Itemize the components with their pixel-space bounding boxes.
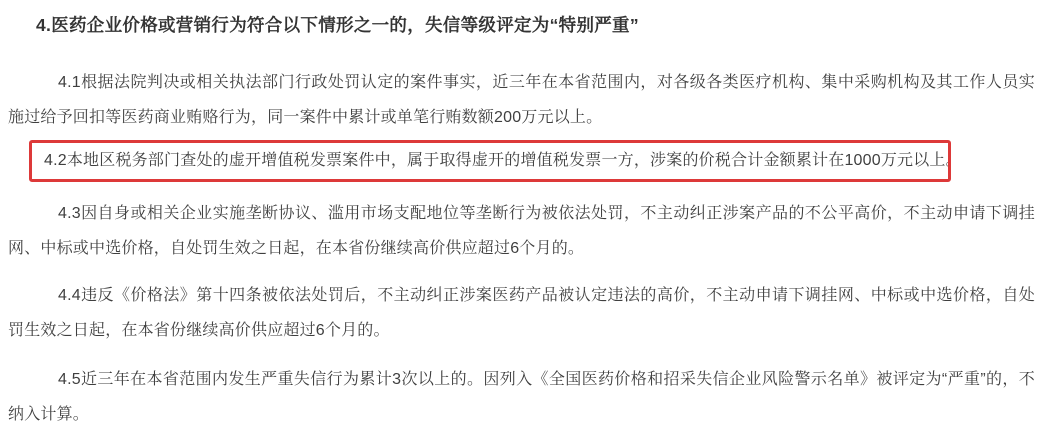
clause-4-3: 4.3因自身或相关企业实施垄断协议、滥用市场支配地位等垄断行为被依法处罚，不主动… [8, 196, 1035, 266]
section-heading: 4.医药企业价格或营销行为符合以下情形之一的，失信等级评定为“特别严重” [36, 13, 1035, 38]
red-highlight-box: 4.2本地区税务部门查处的虚开增值税发票案件中，属于取得虚开的增值税发票一方，涉… [29, 140, 951, 182]
clause-4-2: 4.2本地区税务部门查处的虚开增值税发票案件中，属于取得虚开的增值税发票一方，涉… [32, 143, 948, 179]
clause-4-1: 4.1根据法院判决或相关执法部门行政处罚认定的案件事实，近三年在本省范围内，对各… [8, 65, 1035, 135]
clause-4-4: 4.4违反《价格法》第十四条被依法处罚后，不主动纠正涉案医药产品被认定违法的高价… [8, 278, 1035, 348]
document-page: 4.医药企业价格或营销行为符合以下情形之一的，失信等级评定为“特别严重” 4.1… [0, 0, 1042, 433]
clause-4-5: 4.5近三年在本省范围内发生严重失信行为累计3次以上的。因列入《全国医药价格和招… [8, 362, 1035, 432]
